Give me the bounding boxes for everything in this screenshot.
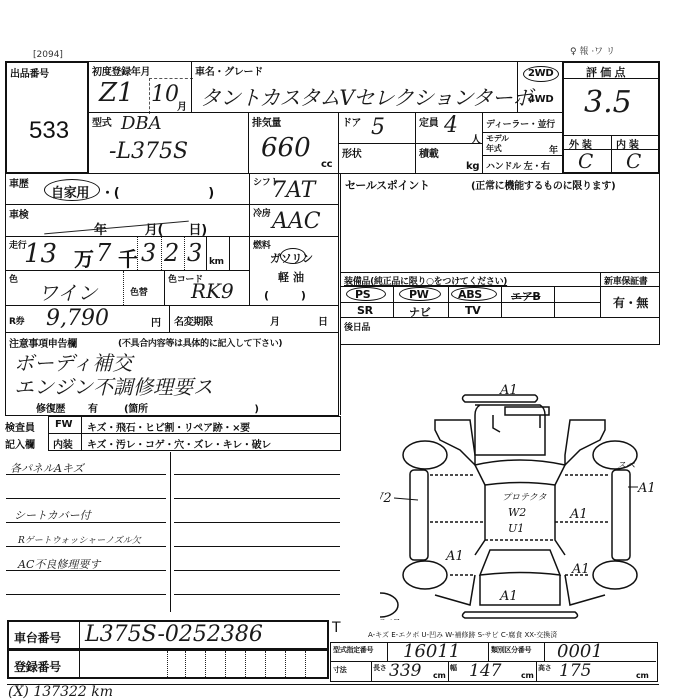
inspector-label1: 検査員 — [5, 419, 35, 434]
exterior-grade-value: C — [578, 149, 593, 173]
color-label: 色 — [9, 272, 18, 285]
type-approval-label: 型式指定番号 — [333, 645, 373, 655]
aircon-value: AAC — [272, 209, 321, 234]
width-value: 147 — [469, 661, 501, 681]
fw-items: キズ・飛石・ヒビ割・リペア跡・×要 — [87, 419, 250, 434]
car-name-value: タントカスタムVセレクションターボ — [200, 82, 532, 112]
shape-label: 形状 — [342, 145, 361, 160]
registration-label: 登録番号 — [14, 658, 61, 675]
drive-4wd: 4WD — [528, 94, 553, 105]
handle-label: ハンドル 左・右 — [486, 159, 550, 172]
mileage-sen: 千 — [118, 243, 138, 272]
displacement-cell: 排気量 660 cc — [248, 112, 339, 174]
car-name-cell: 車名・グレード タントカスタムVセレクションターボ — [191, 61, 518, 113]
inspector-label2: 記入欄 — [5, 436, 35, 451]
repair-history-value: 有 — [88, 400, 98, 415]
usage-cell: 車歴 自家用 ・( ) — [5, 173, 250, 205]
equip-sr[interactable]: SR — [357, 304, 373, 317]
svg-text:W2: W2 — [508, 506, 526, 519]
svg-text:A1: A1 — [637, 481, 656, 496]
usage-value: 自家用 — [51, 182, 89, 201]
mileage-d4: 2 — [164, 239, 179, 267]
notes-sub: (不具合内容等は具体的に記入して下さい) — [118, 336, 282, 349]
recycle-label: R券 — [9, 314, 24, 327]
class-number-label: 類別区分番号 — [491, 645, 531, 655]
displacement-label: 排気量 — [252, 114, 281, 129]
footer-mileage: (X) 137322 km — [8, 684, 113, 700]
length-unit: cm — [433, 671, 445, 680]
first-registration-cell: 初度登録年月 Z1 10 月 — [88, 61, 192, 113]
fuel-diesel: 軽油 — [278, 269, 308, 285]
fw-row: FW キズ・飛石・ヒビ割・リペア跡・×要 — [48, 416, 341, 434]
capacity-cell: 定員 4 人 — [415, 112, 483, 144]
repair-history-place: (箇所 ) — [124, 400, 259, 415]
interior-items: キズ・汚レ・コゲ・穴・ズレ・キレ・破レ — [87, 436, 271, 451]
shift-cell: シフト 7AT — [249, 173, 339, 205]
lot-label: 出品番号 — [10, 65, 49, 80]
model-cell: 型式 DBA -L375S — [88, 112, 249, 174]
inspector-note-5: AC不良修理要す — [18, 556, 100, 572]
inspection-cell: 車検 年 月( 日) — [5, 204, 250, 237]
displacement-unit: cc — [321, 159, 332, 170]
drive-2wd: 2WD — [528, 68, 553, 79]
height-label: 高さ — [538, 663, 551, 673]
sales-point-cell: セールスポイント (正常に機能するものに限ります) — [340, 173, 660, 273]
height-unit: cm — [636, 671, 648, 680]
inspector-note-3: シートカバー付 — [14, 507, 91, 523]
interior-label: 内装 — [53, 436, 72, 451]
equip-tv[interactable]: TV — [465, 304, 480, 317]
first-registration-label: 初度登録年月 — [92, 63, 150, 78]
aircon-cell: 冷房 AAC — [249, 204, 339, 237]
capacity-value: 4 — [444, 113, 458, 138]
diagram-left-border — [340, 345, 341, 415]
mileage-d5: 3 — [187, 239, 202, 267]
later-items-cell: 後日品 — [340, 317, 660, 345]
recycle-unit: 円 — [151, 314, 161, 329]
dimensions-label: 寸法 — [333, 665, 346, 675]
type-approval-cell: 型式指定番号 16011 類別区分番号 0001 寸法 長さ 339 cm 幅 … — [330, 642, 658, 682]
car-damage-diagram: A1 W2 スペ A1 プロテクタ W2 U1 A1 A1 A1 A1 スペア — [380, 360, 660, 620]
name-change-cell: 名変期限 月 日 — [169, 305, 339, 333]
width-unit: cm — [521, 671, 533, 680]
inspection-label: 車検 — [9, 206, 28, 221]
height-value: 175 — [559, 661, 591, 681]
registration-cell: 登録番号 — [7, 649, 329, 679]
mileage-man: 万 — [74, 243, 94, 272]
equip-ps[interactable]: PS — [355, 288, 370, 301]
load-cell: 積載 kg — [415, 143, 483, 174]
width-label: 幅 — [450, 663, 457, 673]
interior-row: 内装 キズ・汚レ・コゲ・穴・ズレ・キレ・破レ — [48, 433, 341, 451]
svg-text:A1: A1 — [499, 589, 518, 604]
mileage-cell: 走行 13 万 7 千 3 2 3 km — [5, 236, 250, 271]
equip-airbag[interactable]: エアB — [511, 288, 540, 304]
load-unit: kg — [466, 161, 479, 172]
svg-text:A1: A1 — [571, 562, 590, 577]
color-cell: 色 ワイン 色替 色コード RK9 — [5, 270, 250, 306]
model-year-label: モデル年式 — [486, 134, 516, 154]
dealer-label: ディーラー・並行 — [486, 117, 555, 130]
grade-box: 評 価 点 3.5 外 装 内 装 C C — [562, 61, 660, 174]
usage-label: 車歴 — [9, 175, 28, 190]
class-number-value: 0001 — [557, 641, 603, 662]
name-change-day: 日 — [318, 313, 328, 328]
displacement-value: 660 — [261, 133, 311, 163]
equip-pw[interactable]: PW — [409, 288, 429, 301]
grade-value: 3.5 — [584, 85, 632, 120]
chassis-cell: 車台番号 L375S-0252386 — [7, 620, 329, 650]
name-change-month: 月 — [270, 313, 280, 328]
svg-text:スペア: スペア — [380, 618, 400, 620]
model-label: 型式 — [92, 114, 111, 129]
shift-value: 7AT — [272, 178, 315, 203]
mileage-unit: km — [209, 257, 224, 267]
svg-text:スペ: スペ — [617, 461, 636, 471]
fuel-cell: 燃料 ガソリン 軽油 ( ) — [249, 236, 339, 306]
model-value-line2: -L375S — [109, 139, 188, 164]
color-code-value: RK9 — [191, 279, 234, 303]
equip-abs[interactable]: ABS — [458, 288, 482, 301]
notes-line2: エンジン不調修理要ス — [14, 371, 213, 400]
lot-box: 出品番号 533 — [5, 61, 89, 174]
mileage-d1: 13 — [24, 239, 57, 269]
mileage-d2: 7 — [96, 239, 111, 267]
inspector-note-1: 各パネルAキズ — [10, 460, 84, 476]
month-unit: 月 — [177, 98, 187, 113]
length-value: 339 — [389, 661, 421, 681]
chassis-value: L375S-0252386 — [85, 622, 263, 647]
type-approval-value: 16011 — [403, 641, 460, 662]
warranty-value: 有・無 — [613, 294, 648, 311]
fw-label: FW — [55, 419, 72, 430]
recycle-value: 9,790 — [46, 306, 109, 331]
chassis-suffix: T — [332, 620, 341, 636]
shape-cell: 形状 — [338, 143, 416, 174]
first-registration-year: Z1 — [99, 78, 134, 108]
svg-text:A1: A1 — [445, 549, 464, 564]
later-items-label: 後日品 — [344, 320, 370, 333]
notes-cell: 注意事項申告欄 (不具合内容等は具体的に記入して下さい) ボーディ補交 エンジン… — [5, 332, 339, 416]
aircon-label: 冷房 — [253, 206, 270, 219]
doors-cell: ドア 5 — [338, 112, 416, 144]
equipment-cell: 装備品(純正品に限り○をつけてください) 新車保証書 PS PW ABS エアB… — [340, 272, 660, 318]
interior-grade-value: C — [626, 149, 641, 173]
name-change-label: 名変期限 — [174, 313, 213, 328]
capacity-label: 定員 — [419, 114, 438, 129]
svg-text:W2: W2 — [380, 491, 392, 506]
fuel-label: 燃料 — [253, 238, 270, 251]
length-label: 長さ — [373, 663, 386, 673]
fuel-other: ( ) — [264, 287, 306, 303]
mileage-d3: 3 — [141, 239, 156, 267]
sales-point-note: (正常に機能するものに限ります) — [471, 177, 615, 192]
handle-cell: ハンドル 左・右 — [482, 155, 563, 174]
usage-extra: ・( ) — [101, 182, 214, 201]
svg-text:A1: A1 — [569, 507, 588, 522]
load-label: 積載 — [419, 145, 438, 160]
repair-history-label: 修復歴 — [36, 400, 65, 415]
car-name-label: 車名・グレード — [195, 63, 263, 78]
inspector-note-4: Rゲートウォッシャーノズル欠 — [18, 533, 141, 546]
color-value: ワイン — [38, 277, 97, 306]
model-year-cell: モデル年式 年 — [482, 132, 563, 156]
doors-label: ドア — [342, 114, 361, 129]
mark-front-bumper: A1 — [499, 383, 518, 398]
dealer-cell: ディーラー・並行 — [482, 112, 563, 133]
doors-value: 5 — [371, 115, 385, 140]
notes-divider — [170, 452, 171, 612]
sales-point-label: セールスポイント — [345, 177, 430, 193]
recycle-cell: R券 9,790 円 — [5, 305, 170, 333]
color-change-label: 色替 — [130, 285, 147, 298]
drive-cell: 2WD 4WD — [517, 61, 563, 113]
svg-text:プロテクタ: プロテクタ — [502, 492, 547, 503]
ref-code: [2094] — [33, 50, 63, 60]
first-registration-month: 10 — [151, 82, 179, 107]
lot-number: 533 — [29, 117, 69, 145]
damage-legend: A-キズ E-エクボ U-凹み W-補修跡 S-サビ C-腐食 XX-交換済 — [368, 630, 557, 640]
chassis-label: 車台番号 — [14, 629, 61, 646]
svg-text:U1: U1 — [508, 522, 524, 535]
fuel-gasoline: ガソリン — [270, 250, 313, 266]
header-corner-text: ♀ 報 ·ワ リ — [570, 44, 615, 57]
model-value-line1: DBA — [121, 113, 162, 134]
